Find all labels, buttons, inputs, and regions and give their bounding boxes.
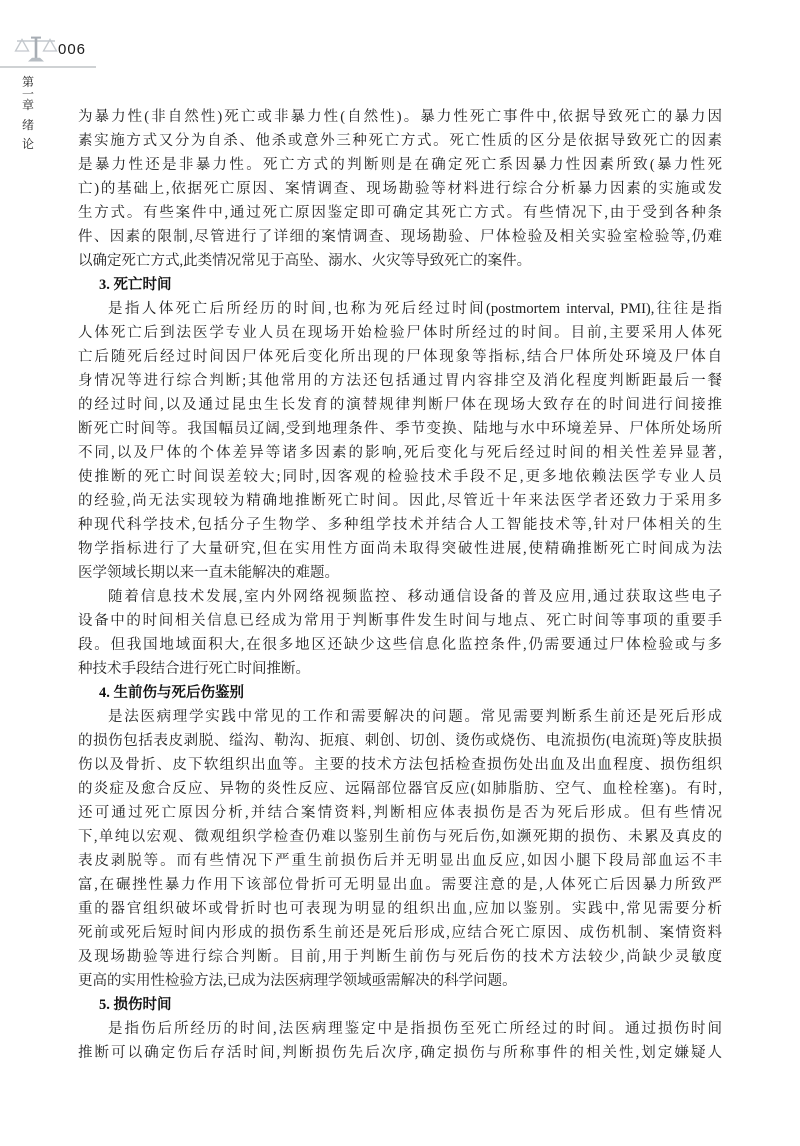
text-line: 的经过时间,以及通过昆虫生长发育的演替规律判断尸体在现场大致存在的时间进行间接推 [78,393,722,417]
text-line: 是法医病理学实践中常见的工作和需要解决的问题。常见需要判断系生前还是死后形成 [78,705,722,729]
text-line: 身情况等进行综合判断;其他常用的方法还包括通过胃内容排空及消化程度判断距最后一餐 [78,369,722,393]
chapter-label-char: 章 [22,100,34,112]
text-line: 医学领域长期以来一直未能解决的难题。 [78,561,722,585]
book-page: 006 第一章绪论 为暴力性(非自然性)死亡或非暴力性(自然性)。暴力性死亡事件… [0,0,800,1146]
section-heading: 5. 损伤时间 [78,993,722,1017]
text-line: 为暴力性(非自然性)死亡或非暴力性(自然性)。暴力性死亡事件中,依据导致死亡的暴… [78,105,722,129]
text-line: 的损伤包括表皮剥脱、缢沟、勒沟、扼痕、刺创、切创、烫伤或烧伤、电流损伤(电流斑)… [78,729,722,753]
text-line: 断死亡时间等。我国幅员辽阔,受到地理条件、季节变换、陆地与水中环境差异、尸体所处… [78,417,722,441]
text-line: 重的器官组织破坏或骨折时也可表现为明显的组织出血,应加以鉴别。实践中,常见需要分… [78,897,722,921]
text-line: 人体死亡后到法医学专业人员在现场开始检验尸体时所经过的时间。目前,主要采用人体死 [78,321,722,345]
text-line: 是指人体死亡后所经历的时间,也称为死后经过时间(postmortem inter… [78,297,722,321]
text-line: 是暴力性还是非暴力性。死亡方式的判断则是在确定死亡系因暴力性因素所致(暴力性死 [78,153,722,177]
text-line: 物学指标进行了大量研究,但在实用性方面尚未取得突破性进展,使精确推断死亡时间成为… [78,537,722,561]
text-line: 不同,以及尸体的个体差异等诸多因素的影响,死后变化与死后经过时间的相关性差异显著… [78,441,722,465]
text-line: 随着信息技术发展,室内外网络视频监控、移动通信设备的普及应用,通过获取这些电子 [78,585,722,609]
header-rule [0,66,96,68]
text-line: 富,在碾挫性暴力作用下该部位骨折可无明显出血。需要注意的是,人体死亡后因暴力所致… [78,873,722,897]
text-line: 使推断的死亡时间误差较大;同时,因客观的检验技术手段不足,更多地依赖法医学专业人… [78,465,722,489]
section-heading: 3. 死亡时间 [78,273,722,297]
text-line: 段。但我国地域面积大,在很多地区还缺少这些信息化监控条件,仍需要通过尸体检验或与… [78,633,722,657]
chapter-sidebar: 第一章绪论 [20,77,36,151]
text-line: 推断可以确定伤后存活时间,判断损伤先后次序,确定损伤与所称事件的相关性,划定嫌疑… [78,1041,722,1065]
text-line: 件、因素的限制,尽管进行了详细的案情调查、现场勘验、尸体检验及相关实验室检验等,… [78,225,722,249]
text-line: 下,单纯以宏观、微观组织学检查仍难以鉴别生前伤与死后伤,如濒死期的损伤、未累及真… [78,825,722,849]
text-line: 亡)的基础上,依据死亡原因、案情调查、现场勘验等材料进行综合分析暴力因素的实施或… [78,177,722,201]
text-line: 亡后随死后经过时间因尸体死后变化所出现的尸体现象等指标,结合尸体所处环境及尸体自 [78,345,722,369]
text-line: 素实施方式又分为自杀、他杀或意外三种死亡方式。死亡性质的区分是依据导致死亡的因素 [78,129,722,153]
text-line: 生方式。有些案件中,通过死亡原因鉴定即可确定其死亡方式。有些情况下,由于受到各种… [78,201,722,225]
page-number: 006 [58,41,86,58]
text-line: 及现场勘验等进行综合判断。目前,用于判断生前伤与死后伤的技术方法较少,尚缺少灵敏… [78,945,722,969]
text-line: 的经验,尚无法实现较为精确地推断死亡时间。因此,尽管近十年来法医学者还致力于采用… [78,489,722,513]
section-label-char: 绪 [22,120,34,132]
text-line: 种技术手段结合进行死亡时间推断。 [78,657,722,681]
section-heading: 4. 生前伤与死后伤鉴别 [78,681,722,705]
text-line: 设备中的时间相关信息已经成为常用于判断事件发生时间与地点、死亡时间等事项的重要手 [78,609,722,633]
text-line: 是指伤后所经历的时间,法医病理鉴定中是指损伤至死亡所经过的时间。通过损伤时间 [78,1017,722,1041]
text-line: 的炎症及愈合反应、异物的炎性反应、远隔部位器官反应(如肺脂肪、空气、血栓栓塞)。… [78,777,722,801]
text-line: 还可通过死亡原因分析,并结合案情资料,判断相应体表损伤是否为死后形成。但有些情况 [78,801,722,825]
body-text: 为暴力性(非自然性)死亡或非暴力性(自然性)。暴力性死亡事件中,依据导致死亡的暴… [78,105,722,1065]
text-line: 更高的实用性检验方法,已成为法医病理学领域亟需解决的科学问题。 [78,969,722,993]
scales-of-justice-icon [14,35,58,68]
section-label-char: 论 [22,139,34,151]
text-line: 以确定死亡方式,此类情况常见于高坠、溺水、火灾等导致死亡的案件。 [78,249,722,273]
text-line: 死前或死后短时间内形成的损伤系生前还是死后形成,应结合死亡原因、成伤机制、案情资… [78,921,722,945]
text-line: 伤以及骨折、皮下软组织出血等。主要的技术方法包括检查损伤处出血及出血程度、损伤组… [78,753,722,777]
text-line: 种现代科学技术,包括分子生物学、多种组学技术并结合人工智能技术等,针对尸体相关的… [78,513,722,537]
text-line: 表皮剥脱等。而有些情况下严重生前损伤后并无明显出血反应,如因小腿下段局部血运不丰 [78,849,722,873]
